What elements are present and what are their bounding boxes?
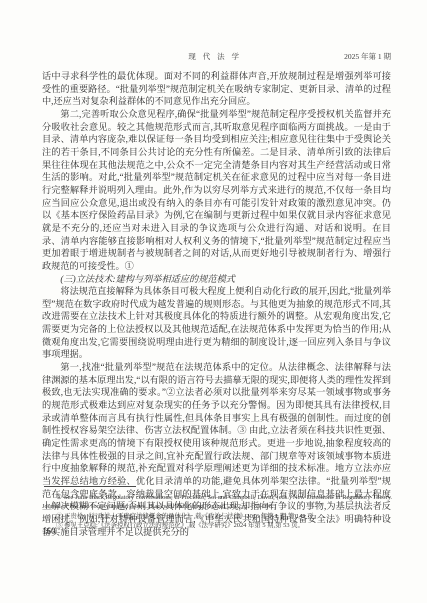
issue-label: 2025 年第 1 期 — [344, 51, 391, 62]
footnote-divider — [44, 486, 136, 487]
page-header: 现 代 法 学 2025 年第 1 期 — [42, 51, 391, 63]
journal-title: 现 代 法 学 — [188, 51, 241, 62]
footnote-item: ① See Julia Black,Regulatory conversatio… — [42, 493, 392, 512]
body-paragraph-continuation: 话中寻求科学性的最优体现。面对不同的利益群体声音,开放规制过程是增强列举可接受性… — [42, 70, 391, 108]
footnotes-section: ① See Julia Black,Regulatory conversatio… — [42, 493, 392, 531]
footnote-item: ② 王贵松:《行政法上不确定法律概念的具体化》,载《政治与法律》2016 年第 … — [42, 512, 392, 521]
page-number: 160 — [42, 526, 56, 536]
journal-page: 现 代 法 学 2025 年第 1 期 话中寻求科学性的最优体现。面对不同的利益… — [0, 0, 427, 603]
body-paragraph: 将法规范直接解释为具体条目可极大程度上便利自动化行政的展开,因此,“批量列举型”… — [42, 285, 391, 361]
body-paragraph: 第二,完善听取公众意见程序,确保“批量列举型”规范制定程序受授权机关监督并充分吸… — [42, 108, 391, 273]
footnote-item: ③ 参见王克稳:《法条授权行政立法的规范化》,载《法学研究》2024 年第 5 … — [42, 521, 392, 530]
article-body: 话中寻求科学性的最优体现。面对不同的利益群体声音,开放规制过程是增强列举可接受性… — [42, 70, 391, 538]
section-heading: (三)立法技术:建构与列举相适应的规范模式 — [42, 273, 391, 286]
